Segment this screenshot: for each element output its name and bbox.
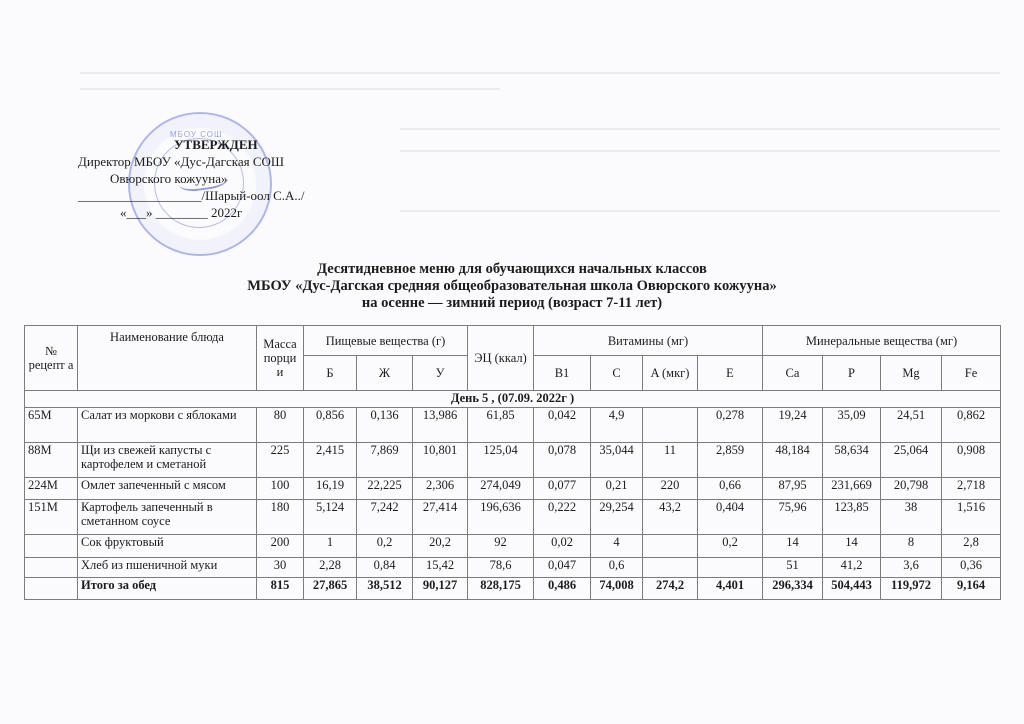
value-cell: 3,6 [881, 558, 942, 578]
value-cell: 7,869 [357, 443, 413, 478]
value-cell: 38 [881, 500, 942, 535]
value-cell: 0,6 [591, 558, 643, 578]
header-nutrients: Пищевые вещества (г) [304, 326, 468, 356]
approval-region-line: Овюрского кожууна» [78, 170, 338, 187]
value-cell: 2,415 [304, 443, 357, 478]
dish-name: Итого за обед [78, 578, 257, 600]
bleed-through-line [400, 210, 1000, 212]
value-cell: 92 [468, 535, 534, 558]
value-cell: 22,225 [357, 478, 413, 500]
header-e: E [698, 356, 763, 391]
recipe-code: 88М [25, 443, 78, 478]
value-cell [643, 408, 698, 443]
dish-name: Сок фруктовый [78, 535, 257, 558]
value-cell: 0,862 [942, 408, 1001, 443]
header-a: A (мкг) [643, 356, 698, 391]
value-cell: 125,04 [468, 443, 534, 478]
value-cell: 0,02 [534, 535, 591, 558]
value-cell: 0,047 [534, 558, 591, 578]
header-mg: Mg [881, 356, 942, 391]
value-cell: 41,2 [823, 558, 881, 578]
table-row: Сок фруктовый20010,220,2920,0240,2141482… [25, 535, 1001, 558]
recipe-code: 224М [25, 478, 78, 500]
value-cell: 2,28 [304, 558, 357, 578]
value-cell: 75,96 [763, 500, 823, 535]
dish-name: Щи из свежей капусты с картофелем и смет… [78, 443, 257, 478]
header-fat: Ж [357, 356, 413, 391]
header-minerals: Минеральные вещества (мг) [763, 326, 1001, 356]
value-cell: 4,9 [591, 408, 643, 443]
value-cell: 13,986 [413, 408, 468, 443]
value-cell: 1 [304, 535, 357, 558]
table-row: 224МОмлет запеченный с мясом10016,1922,2… [25, 478, 1001, 500]
menu-table: № рецепт а Наименование блюда Масса порц… [24, 325, 1001, 600]
value-cell: 20,2 [413, 535, 468, 558]
value-cell: 38,512 [357, 578, 413, 600]
recipe-code [25, 535, 78, 558]
value-cell: 11 [643, 443, 698, 478]
value-cell: 2,306 [413, 478, 468, 500]
recipe-code: 65М [25, 408, 78, 443]
value-cell: 0,486 [534, 578, 591, 600]
value-cell: 504,443 [823, 578, 881, 600]
table-row: 65МСалат из моркови с яблоками800,8560,1… [25, 408, 1001, 443]
value-cell: 20,798 [881, 478, 942, 500]
value-cell: 0,66 [698, 478, 763, 500]
document-title-line1: Десятидневное меню для обучающихся начал… [0, 261, 1024, 278]
table-row: 151МКартофель запеченный в сметанном соу… [25, 500, 1001, 535]
value-cell: 19,24 [763, 408, 823, 443]
value-cell: 4 [591, 535, 643, 558]
value-cell [643, 558, 698, 578]
approval-director-line: Директор МБОУ «Дус-Дагская СОШ [78, 153, 338, 170]
total-row: Итого за обед81527,86538,51290,127828,17… [25, 578, 1001, 600]
value-cell: 0,856 [304, 408, 357, 443]
value-cell: 0,078 [534, 443, 591, 478]
approval-date-line: «___» ________ 2022г [78, 204, 338, 221]
value-cell: 7,242 [357, 500, 413, 535]
header-b1: B1 [534, 356, 591, 391]
value-cell [643, 535, 698, 558]
value-cell: 0,21 [591, 478, 643, 500]
value-cell: 0,136 [357, 408, 413, 443]
value-cell: 58,634 [823, 443, 881, 478]
dish-name: Салат из моркови с яблоками [78, 408, 257, 443]
table-row: 88МЩи из свежей капусты с картофелем и с… [25, 443, 1001, 478]
value-cell: 180 [257, 500, 304, 535]
dish-name: Хлеб из пшеничной муки [78, 558, 257, 578]
value-cell: 30 [257, 558, 304, 578]
header-c: C [591, 356, 643, 391]
value-cell: 8 [881, 535, 942, 558]
value-cell: 29,254 [591, 500, 643, 535]
header-carbs: У [413, 356, 468, 391]
recipe-code: 151М [25, 500, 78, 535]
header-fe: Fe [942, 356, 1001, 391]
recipe-code [25, 578, 78, 600]
value-cell: 0,077 [534, 478, 591, 500]
value-cell: 4,401 [698, 578, 763, 600]
value-cell: 196,636 [468, 500, 534, 535]
value-cell: 0,2 [357, 535, 413, 558]
value-cell: 2,859 [698, 443, 763, 478]
header-portion: Масса порци и [257, 326, 304, 391]
header-dish-name: Наименование блюда [78, 326, 257, 391]
bleed-through-line [400, 150, 1000, 152]
value-cell: 0,2 [698, 535, 763, 558]
value-cell: 0,84 [357, 558, 413, 578]
header-protein: Б [304, 356, 357, 391]
bleed-through-line [400, 128, 1000, 130]
value-cell: 90,127 [413, 578, 468, 600]
bleed-through-line [80, 72, 1000, 74]
value-cell [698, 558, 763, 578]
value-cell: 35,044 [591, 443, 643, 478]
value-cell: 27,865 [304, 578, 357, 600]
value-cell: 2,8 [942, 535, 1001, 558]
dish-name: Омлет запеченный с мясом [78, 478, 257, 500]
value-cell: 35,09 [823, 408, 881, 443]
header-vitamins: Витамины (мг) [534, 326, 763, 356]
approval-signature-line: ___________________/Шарый-оол С.А../ [78, 187, 338, 204]
document-title-line2: МБОУ «Дус-Дагская средняя общеобразовате… [0, 278, 1024, 295]
value-cell: 78,6 [468, 558, 534, 578]
value-cell: 51 [763, 558, 823, 578]
value-cell: 0,278 [698, 408, 763, 443]
value-cell: 43,2 [643, 500, 698, 535]
bleed-through-line [80, 88, 500, 90]
value-cell: 0,042 [534, 408, 591, 443]
header-recipe-no: № рецепт а [25, 326, 78, 391]
table-row: Хлеб из пшеничной муки302,280,8415,4278,… [25, 558, 1001, 578]
value-cell: 0,908 [942, 443, 1001, 478]
value-cell: 27,414 [413, 500, 468, 535]
value-cell: 87,95 [763, 478, 823, 500]
approval-heading: УТВЕРЖДЕН [78, 136, 338, 153]
value-cell: 80 [257, 408, 304, 443]
header-p: P [823, 356, 881, 391]
header-energy: ЭЦ (ккал) [468, 326, 534, 391]
value-cell: 14 [763, 535, 823, 558]
value-cell: 123,85 [823, 500, 881, 535]
value-cell: 296,334 [763, 578, 823, 600]
header-ca: Ca [763, 356, 823, 391]
value-cell: 16,19 [304, 478, 357, 500]
day-label: День 5 , (07.09. 2022г ) [25, 391, 1001, 408]
value-cell: 61,85 [468, 408, 534, 443]
value-cell: 231,669 [823, 478, 881, 500]
value-cell: 9,164 [942, 578, 1001, 600]
value-cell: 225 [257, 443, 304, 478]
value-cell: 1,516 [942, 500, 1001, 535]
value-cell: 10,801 [413, 443, 468, 478]
value-cell: 25,064 [881, 443, 942, 478]
value-cell: 74,008 [591, 578, 643, 600]
value-cell: 200 [257, 535, 304, 558]
value-cell: 15,42 [413, 558, 468, 578]
document-title-line3: на осенне — зимний период (возраст 7-11 … [0, 295, 1024, 312]
value-cell: 0,222 [534, 500, 591, 535]
value-cell: 274,2 [643, 578, 698, 600]
value-cell: 5,124 [304, 500, 357, 535]
value-cell: 48,184 [763, 443, 823, 478]
approval-block: УТВЕРЖДЕН Директор МБОУ «Дус-Дагская СОШ… [78, 136, 338, 221]
value-cell: 815 [257, 578, 304, 600]
value-cell: 14 [823, 535, 881, 558]
value-cell: 274,049 [468, 478, 534, 500]
dish-name: Картофель запеченный в сметанном соусе [78, 500, 257, 535]
value-cell: 0,36 [942, 558, 1001, 578]
value-cell: 0,404 [698, 500, 763, 535]
value-cell: 2,718 [942, 478, 1001, 500]
value-cell: 220 [643, 478, 698, 500]
value-cell: 119,972 [881, 578, 942, 600]
value-cell: 100 [257, 478, 304, 500]
value-cell: 828,175 [468, 578, 534, 600]
value-cell: 24,51 [881, 408, 942, 443]
recipe-code [25, 558, 78, 578]
